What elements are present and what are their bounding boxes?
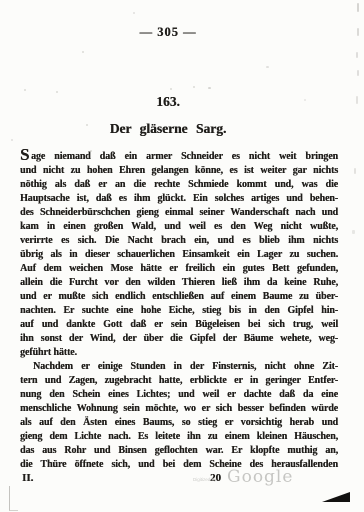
text-line: geführt hätte. [20,346,338,360]
text-line: übrig als in dieser schauerlichen Einsam… [20,248,338,262]
text-line: kam in einen großen Wald, und weil es de… [20,220,338,234]
scan-speck [86,124,88,126]
scan-speck [266,66,269,68]
text-line: gieng dem Lichte nach. Es leitete ihn zu… [20,430,338,444]
google-watermark: Google [227,467,293,487]
scan-speck [304,99,306,101]
scan-speck [170,88,172,90]
text-line: Hauptsache ist, daß es ihm glückt. Ein s… [20,192,338,206]
drop-cap-initial: S [20,145,31,164]
page-number-header: — 305 — [0,25,336,40]
text-line: und nicht zu hohen Ehren gelangen könne,… [20,164,338,178]
text-line: als auf den Ästen eines Baums, so stieg … [20,416,338,430]
page-edge-speck [357,70,359,76]
book-page-scan: — 305 — 163. Der gläserne Sarg. Sage nie… [0,0,364,512]
volume-mark: II. [22,472,33,484]
digitized-by-watermark: Digitized by [193,477,216,482]
text-line: menschliche Wohnung sein möchte, wo er s… [20,402,338,416]
scan-speck [24,89,26,91]
text-line: ihn sonst der Wind, der über die Gipfel … [20,332,338,346]
text-line: Auf dem weichen Mose hätte er freilich e… [20,262,338,276]
text-line: auf und dankte Gott daß er sein Bügeleis… [20,318,338,332]
story-title: Der gläserne Sarg. [0,121,336,137]
text-line: Sage niemand daß ein armer Schneider es … [20,150,338,164]
story-body: Sage niemand daß ein armer Schneider es … [20,150,338,472]
story-number: 163. [0,94,336,110]
text-line: des Schneiderbürschchen gieng einmal sei… [20,206,338,220]
scan-speck [133,12,135,14]
text-line: verirrte es sich. Die Nacht brach ein, u… [20,234,338,248]
page-edge-speck [357,3,359,12]
text-line: nöthig als daß er an die rechte Schmiede… [20,178,338,192]
page-edge-speck [354,168,356,174]
page-edge-speck [356,52,358,58]
scan-speck [90,150,92,152]
text-line: tern und Zagen, zugebracht hatte, erblic… [20,374,338,388]
text-line: und er mußte sich endlich entschließen a… [20,290,338,304]
scan-speck [193,86,195,88]
scan-speck [56,91,58,93]
paragraph: Sage niemand daß ein armer Schneider es … [20,150,338,360]
text-line: nachten. Er suchte eine hohe Eiche, stie… [20,304,338,318]
text-line: Nachdem er einige Stunden in der Finster… [20,360,338,374]
scan-speck [208,87,211,89]
text-line: allein die Furcht vor den wilden Thieren… [20,276,338,290]
text-line: nung den Schein eines Lichtes; und weil … [20,388,338,402]
page-edge-speck [356,96,358,104]
paragraph: Nachdem er einige Stunden in der Finster… [20,360,338,472]
scan-speck [82,51,84,53]
scan-speck [11,139,13,141]
page-corner-triangle-mark [322,492,350,502]
text-line: das aus Rohr und Binsen geflochten war. … [20,444,338,458]
page-edge-speck [357,28,359,36]
scan-corner-bracket-mark [9,486,18,511]
page-edge-speck [352,230,355,234]
